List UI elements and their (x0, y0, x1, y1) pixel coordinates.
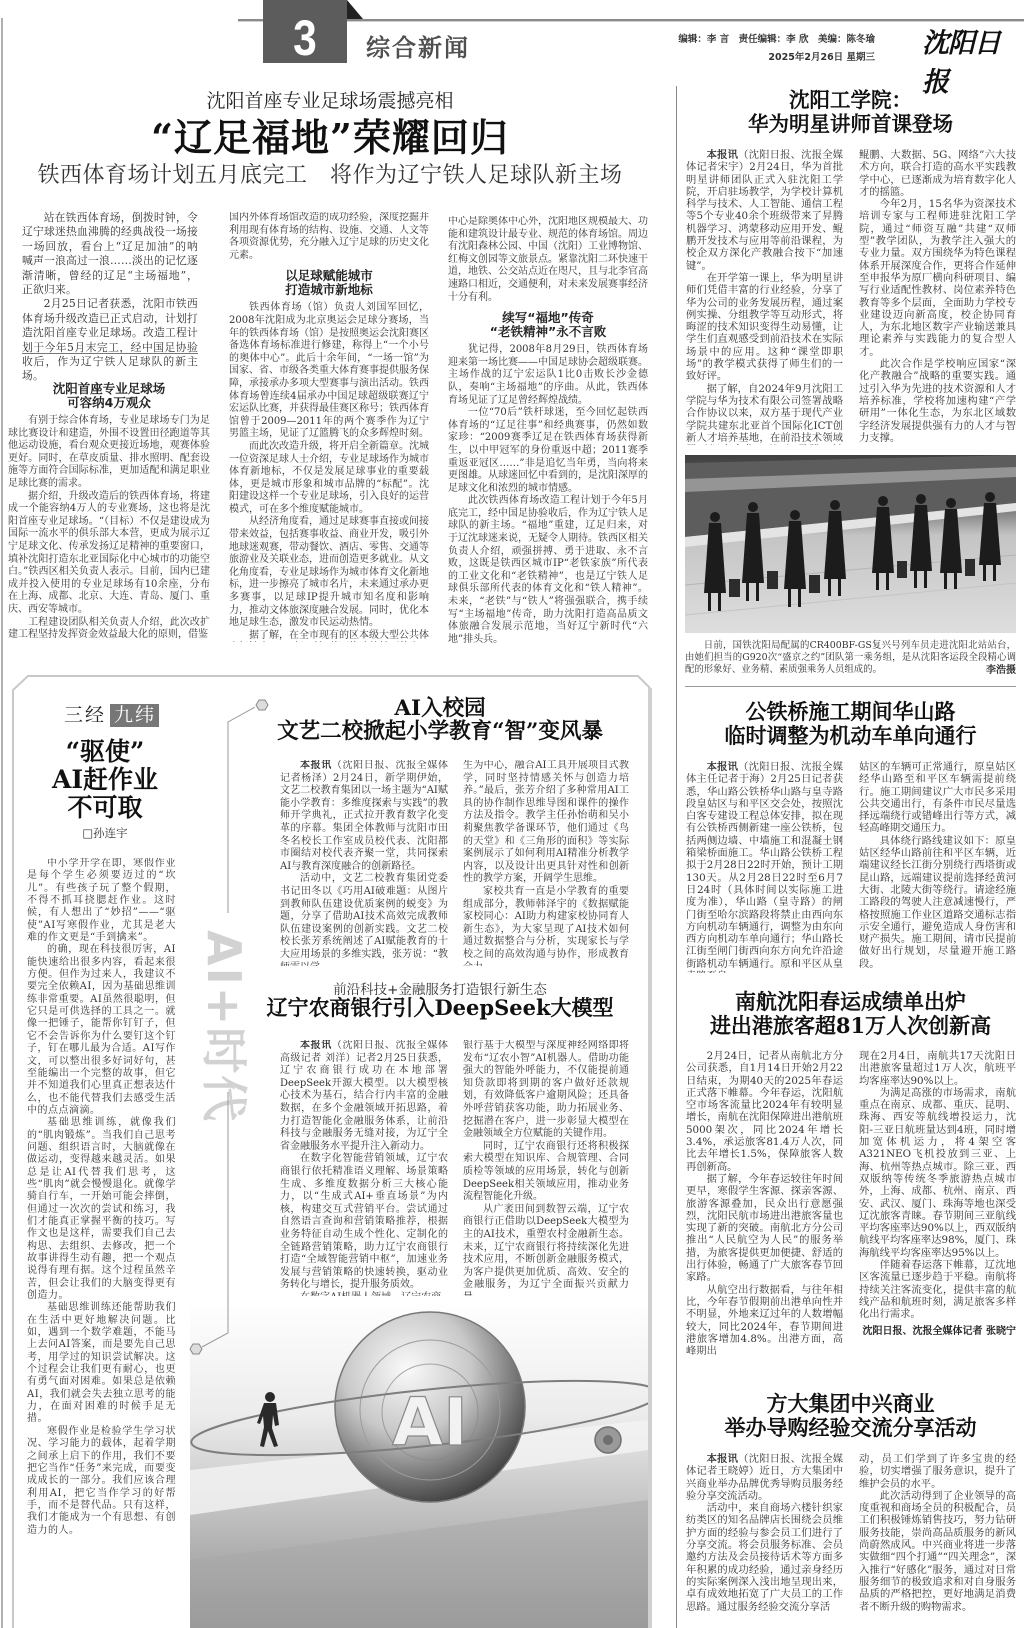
opinion-author: □孙连宇 (15, 825, 195, 841)
huawei-article-headline: 沈阳工学院： 华为明星讲师首课登场 (677, 89, 1024, 136)
headline-line: AI入校园 (230, 697, 650, 720)
headline-line: 华为明星讲师首课登场 (677, 113, 1024, 137)
page-number-box: 3 (263, 0, 347, 63)
article-paragraph: 活动中，来自商场六楼针织家纺类区的知名品牌店长围绕会员维护方面的经验与参会员工们… (686, 1502, 843, 1613)
opinion-body: 中小学开学在即，寒假作业是每个学生必须要迈过的“坎儿”。有些孩子玩了整个假期，不… (27, 858, 176, 1623)
fangda-article-column-a: 本报讯（沈阳日报、沈报全媒体记者王晓婷）近日，方大集团中兴商业举办品牌优秀导购员… (686, 1453, 843, 1625)
ai-school-article-headline: AI入校园 文艺二校掀起小学教育“智”变风暴 (230, 697, 650, 743)
bank-article-headline: 辽宁农商银行引入DeepSeek大模型 (230, 996, 650, 1019)
article-paragraph: 此次铁西体育场改造工程计划于今年5月底完工，经中国足协验收后，作为辽宁铁人足球队… (448, 495, 648, 644)
article-paragraph: 寒假作业是检验学生学习状况、学习能力的载体，起着学期之间承上启下的作用，我们不要… (27, 1426, 176, 1537)
article-paragraph: 在数字AI机器人领域，辽宁农商 (280, 1292, 448, 1296)
article-paragraph: 伴随着春运落下帷幕，辽沈地区客流量已逐步趋于平稳。南航将持续关注客流变化，提供丰… (859, 1259, 1016, 1320)
article-paragraph: 动，员工们学到了许多宝贵的经验，切实增强了服务意识，提升了维护会员的水平。 (859, 1453, 1016, 1490)
article-paragraph: 2月24日，记者从南航北方分公司获悉，自1月14日开始2月22日结束，为期40天… (686, 1050, 843, 1173)
huawei-article-column-b: 鲲鹏、大数据、5G、网络”六大技术方向，联合打造的高水平实践教学中心，已逐渐成为… (859, 149, 1016, 445)
traffic-article-column-b: 姑区的车辆可正常通行，原皇姑区经华山路至和平区车辆需提前绕行。施工期间建议广大市… (859, 761, 1016, 973)
subheading-line: 可容纳4万观众 (8, 396, 210, 410)
main-article-lead: 站在铁西体育场，倒拨时钟，令辽宁球迷热血沸腾的经典战役一场接一场回放，看台上“辽… (22, 211, 198, 384)
article-paragraph: 生为中心，融合AI工具开展项目式教学，同时坚持情感关怀与创造力培养。”最后，张芳… (463, 760, 629, 886)
article-paragraph: 此次合作是学校响应国家“深化产教融合”战略的重要实践。通过引入华为先进的技术资源… (859, 358, 1016, 444)
dateline: 本报讯 (707, 1453, 739, 1465)
article-paragraph: 本报讯（沈阳日报、沈报全媒体记者杨泽）2月24日，新学期伊始，文艺二校教育集团以… (280, 760, 448, 873)
subheading-line: 沈阳首座专业足球场 (8, 382, 210, 396)
bank-article-column-b: 银行基于大模型与深度神经网络即将发布“辽农小智”AI机器人。借助功能强大的智能外… (463, 1040, 629, 1296)
article-paragraph: 银行基于大模型与深度神经网络即将发布“辽农小智”AI机器人。借助功能强大的智能外… (463, 1040, 629, 1141)
headline-line: 临时调整为机动车单向通行 (677, 724, 1024, 748)
airline-article-headline: 南航沈阳春运成绩单出炉 进出港旅客超81万人次创新高 (677, 990, 1024, 1037)
airline-article-column-a: 2月24日，记者从南航北方分公司获悉，自1月14日开始2月22日结束，为期40天… (686, 1050, 843, 1380)
bank-article-column-a: 本报讯（沈阳日报、沈报全媒体高级记者 刘洋）记者2月25日获悉，辽宁农商银行成功… (280, 1040, 448, 1296)
article-paragraph: 本报讯（沈阳日报、沈报全媒体记者王晓婷）近日，方大集团中兴商业举办品牌优秀导购员… (686, 1453, 843, 1502)
traffic-article-column-a: 本报讯（沈阳日报、沈报全媒体主任记者于海）2月25日记者获悉，华山路公铁桥华山路… (686, 761, 843, 973)
fangda-article-headline: 方大集团中兴商业 举办导购经验交流分享活动 (677, 1392, 1024, 1439)
article-paragraph: 活动中，文艺二校教育集团党委书记田冬以《巧用AI破难题：从图片到教师队伍建设优质… (280, 873, 448, 966)
headline-line: 公铁桥施工期间华山路 (677, 700, 1024, 724)
paragraph-text: （沈阳日报、沈报全媒体高级记者 刘洋）记者2月25日获悉，辽宁农商银行成功在本地… (280, 1040, 448, 1152)
dateline: 本报讯 (707, 149, 739, 161)
opinion-headline: “驱使” AI赶作业 不可取 (15, 738, 195, 822)
article-paragraph: 铁西体育场（馆）负责人刘国军回忆，2008年沈阳成为北京奥运会足球分赛场，当年的… (229, 302, 429, 441)
article-paragraph: 国内外体育场馆改造的成功经验，深度挖掘并利用现有体育场的结构、设施、交通、人文等… (229, 212, 429, 262)
headline-line: AI赶作业 (15, 766, 195, 794)
article-paragraph: 本报讯（沈阳日报、沈报全媒体高级记者 刘洋）记者2月25日获悉，辽宁农商银行成功… (280, 1040, 448, 1153)
subheading-line: 以足球赋能城市 (229, 269, 429, 283)
main-article-column-3: 中心是除奥体中心外，沈阳地区规模最大、功能和建筑设计最专业、规范的体育场馆。周边… (448, 216, 648, 644)
photo-image (685, 455, 1016, 633)
article-paragraph: 此次活动得到了企业领导的高度重视和商场全员的积极配合，员工们积极锤炼销售技巧，努… (859, 1490, 1016, 1613)
headline-line: 举办导购经验交流分享活动 (677, 1416, 1024, 1440)
issue-date: 2025年2月26日 星期三 (700, 49, 875, 63)
ai-school-article-column-b: 生为中心，融合AI工具开展项目式教学，同时坚持情感关怀与创造力培养。”最后，张芳… (463, 760, 629, 966)
article-paragraph: 一位“70后”铁杆球迷，至今回忆起铁西体育场的“辽足往事”和经典赛事，仍然如数家… (448, 407, 648, 495)
article-paragraph: 基础思维训练还能帮助我们在生活中更好地解决问题。比如，遇到一个数学难题，不能马上… (27, 1302, 176, 1425)
subheading-line: 续写“福地”传奇 (448, 311, 648, 325)
main-article-column-2: 国内外体育场馆改造的成功经验，深度挖掘并利用现有体育场的结构、设施、交通、人文等… (229, 212, 429, 642)
photo-train-attendants (685, 455, 1016, 633)
ai-school-article-column-a: 本报讯（沈阳日报、沈报全媒体记者杨泽）2月24日，新学期伊始，文艺二校教育集团以… (280, 760, 448, 966)
headline-line: “驱使” (15, 738, 195, 766)
editors-credit: 编辑：李 言 责任编辑：李 欣 美编：陈冬瑜 (600, 31, 875, 45)
main-article-column-1: 沈阳首座专业足球场 可容纳4万观众 有别于综合体育场，专业足球场专门为足球比赛设… (8, 382, 210, 642)
article-paragraph: 据介绍，升级改造后的铁西体育场，将建成一个能容纳4万人的专业赛场，这也将是沈阳首… (8, 491, 210, 617)
fangda-article-column-b: 动，员工们学到了许多宝贵的经验，切实增强了服务意识，提升了维护会员的水平。 此次… (859, 1453, 1016, 1625)
subheading: 沈阳首座专业足球场 可容纳4万观众 (8, 382, 210, 410)
article-paragraph: 同时，辽宁农商银行还将积极探索大模型在知识库、合规管理、合同质检等领域的应用场景… (463, 1141, 629, 1204)
article-paragraph: 具体绕行路线建议如下：原皇姑区经华山路前往和平区车辆，近端建议经长江街分别绕行西… (859, 835, 1016, 970)
section-divider (685, 686, 1016, 687)
article-paragraph: 本报讯（沈阳日报、沈报全媒体记者宋宇）2月24日，华为首批明星讲师团队正式入驻沈… (686, 149, 843, 272)
dateline: 本报讯 (300, 1040, 332, 1051)
main-article-subhead: 铁西体育场计划五月底完工 将作为辽宁铁人足球队新主场 (0, 158, 660, 189)
main-article-headline: “辽足福地”荣耀回归 (0, 107, 660, 162)
article-paragraph: 家校共育一直是小学教育的重要组成部分，教师韩泽宇的《数据赋能家校同心：AI助力构… (463, 886, 629, 966)
headline-line: 不可取 (15, 794, 195, 822)
headline-line: 南航沈阳春运成绩单出炉 (677, 990, 1024, 1014)
article-paragraph: 从经济角度看，通过足球赛事直接或间接带来效益，包括赛事收益、商业开发，吸引外地球… (229, 516, 429, 629)
subheading: 续写“福地”传奇 “老铁精神”永不言败 (448, 311, 648, 339)
photo-credit: 李浩摄 (982, 661, 1016, 676)
traffic-article-headline: 公铁桥施工期间华山路 临时调整为机动车单向通行 (677, 700, 1024, 747)
article-paragraph: 从航空出行数据看，与往年相比，今年春节假期前出港单向性并不明显，外地来辽过年的人… (686, 1284, 843, 1358)
paragraph-text: （沈阳日报、沈报全媒体主任记者于海）2月25日记者获悉，华山路公铁桥华山路与皇寺… (686, 761, 843, 973)
illustration-image: AI (190, 1300, 648, 1628)
column-tag-part2: 九纬 (110, 704, 159, 727)
article-byline: 沈阳日报、沈报全媒体记者 张晓宁 (859, 1322, 1016, 1337)
article-paragraph: 现在2月4日，南航共17天沈阳日出港旅客量超过1万人次，航班平均客座率达90%以… (859, 1050, 1016, 1087)
illustration-label: AI (392, 1384, 468, 1461)
paragraph-text: （沈阳日报、沈报全媒体记者杨泽）2月24日，新学期伊始，文艺二校教育集团以一场主… (280, 760, 448, 872)
article-paragraph: 在开学第一课上，华为明星讲师们凭借丰富的行业经验，分享了华为公司的业务发展历程，… (686, 272, 843, 383)
photo-caption: 日前，国铁沈阳局配属的CR400BF-GS复兴号列车员走进沈阳北站站台，由她们担… (685, 640, 1016, 676)
lead-divider (22, 353, 198, 354)
article-paragraph: 的确，现在科技很厉害，AI能快速给出很多内容，看起来很方便。但作为过来人，我建议… (27, 944, 176, 1117)
lead-paragraph: 站在铁西体育场，倒拨时钟，令辽宁球迷热血沸腾的经典战役一场接一场回放，看台上“辽… (22, 211, 198, 297)
column-tag: 三经九纬 (64, 700, 159, 727)
article-paragraph: 今年2月，15名华为资深技术培训专家与工程师进驻沈阳工学院，通过“师资互融”共建… (859, 198, 1016, 358)
page-number: 3 (269, 9, 340, 67)
article-paragraph: 从广袤田间到数智云端，辽宁农商银行正借助以DeepSeek大模型为主的AI技术，… (463, 1204, 629, 1296)
caption-text: 日前，国铁沈阳局配属的CR400BF-GS复兴号列车员走进沈阳北站站台，由她们担… (685, 640, 1016, 676)
subheading-line: 打造城市新地标 (229, 283, 429, 297)
section-title: 综合新闻 (366, 28, 470, 63)
article-paragraph: 工程建设团队相关负责人介绍，此次改扩建工程坚持发挥资金效益最大化的原则，借鉴 (8, 617, 210, 642)
huawei-article-column-a: 本报讯（沈阳日报、沈报全媒体记者宋宇）2月24日，华为首批明星讲师团队正式入驻沈… (686, 149, 843, 445)
page-left-rule (1, 18, 3, 1628)
dateline: 本报讯 (707, 761, 739, 773)
ai-sphere-illustration: AI (190, 1300, 648, 1628)
article-paragraph: 为满足高涨的市场需求，南航重点在南京、成都、重庆、昆明、珠海、西安等航线增投运力… (859, 1087, 1016, 1259)
article-paragraph: 据了解，自2024年9月沈阳工学院与华为技术有限公司签署战略合作协议以来，双方基… (686, 383, 843, 445)
airline-article-column-b: 现在2月4日，南航共17天沈阳日出港旅客量超过1万人次，航班平均客座率达90%以… (859, 1050, 1016, 1380)
article-paragraph: 本报讯（沈阳日报、沈报全媒体主任记者于海）2月25日记者获悉，华山路公铁桥华山路… (686, 761, 843, 973)
headline-line: 文艺二校掀起小学教育“智”变风暴 (230, 720, 650, 743)
subheading-line: “老铁精神”永不言败 (448, 325, 648, 339)
headline-line: 沈阳工学院： (677, 89, 1024, 113)
page-number-tab (347, 0, 363, 19)
article-paragraph: 姑区的车辆可正常通行，原皇姑区经华山路至和平区车辆需提前绕行。施工期间建议广大市… (859, 761, 1016, 835)
paragraph-text: （沈阳日报、沈报全媒体记者宋宇）2月24日，华为首批明星讲师团队正式入驻沈阳工学… (686, 149, 843, 272)
dateline: 本报讯 (300, 760, 332, 771)
article-paragraph: 在数字化智能营销领域，辽宁农商银行依托精准语义理解、场景策略生成、多维度数据分析… (280, 1153, 448, 1292)
masthead-rule-light (238, 21, 1024, 22)
article-paragraph: 基础思维训练，就像我们的“肌肉锻炼”。当我们自己思考问题、组织语言时，大脑就像在… (27, 1117, 176, 1302)
column-tag-part1: 三经 (64, 704, 106, 726)
headline-line: 方大集团中兴商业 (677, 1392, 1024, 1416)
article-paragraph: 有别于综合体育场，专业足球场专门为足球比赛设计和建造，外围不设置田径跑道等其他运… (8, 415, 210, 491)
article-paragraph: 据了解，今年春运较往年时间更早，寒假学生客源、探亲客源、旅游客源叠加，民众出行意… (686, 1173, 843, 1284)
lead-paragraph: 2月25日记者获悉，沈阳市铁西体育场升级改造已正式启动，计划打造沈阳首座专业足球… (22, 297, 198, 383)
section-vertical-title: AI+时代 (194, 930, 260, 1123)
newspaper-page: 3 综合新闻 编辑：李 言 责任编辑：李 欣 美编：陈冬瑜 2025年2月26日… (0, 0, 1024, 1628)
article-paragraph: 中心是除奥体中心外，沈阳地区规模最大、功能和建筑设计最专业、规范的体育场馆。周边… (448, 216, 648, 304)
headline-line: 进出港旅客超81万人次创新高 (677, 1014, 1024, 1038)
article-paragraph: 鲲鹏、大数据、5G、网络”六大技术方向，联合打造的高水平实践教学中心，已逐渐成为… (859, 149, 1016, 198)
article-paragraph: 而此次改造升级，将开启全新篇章。沈城一位资深足球人士介绍，专业足球场作为城市体育… (229, 441, 429, 517)
subheading: 以足球赋能城市 打造城市新地标 (229, 269, 429, 297)
article-paragraph: 中小学开学在即，寒假作业是每个学生必须要迈过的“坎儿”。有些孩子玩了整个假期，不… (27, 858, 176, 944)
article-paragraph: 据了解，在全市现有的区本级大型公共体育场馆中，“一场一馆”共同构建的铁西体育 (229, 630, 429, 642)
newspaper-logo: 沈阳日报 (922, 21, 1024, 99)
article-paragraph: 犹记得，2008年8月29日，铁西体育场迎来第一场比赛——中国足球协会超级联赛。… (448, 344, 648, 407)
